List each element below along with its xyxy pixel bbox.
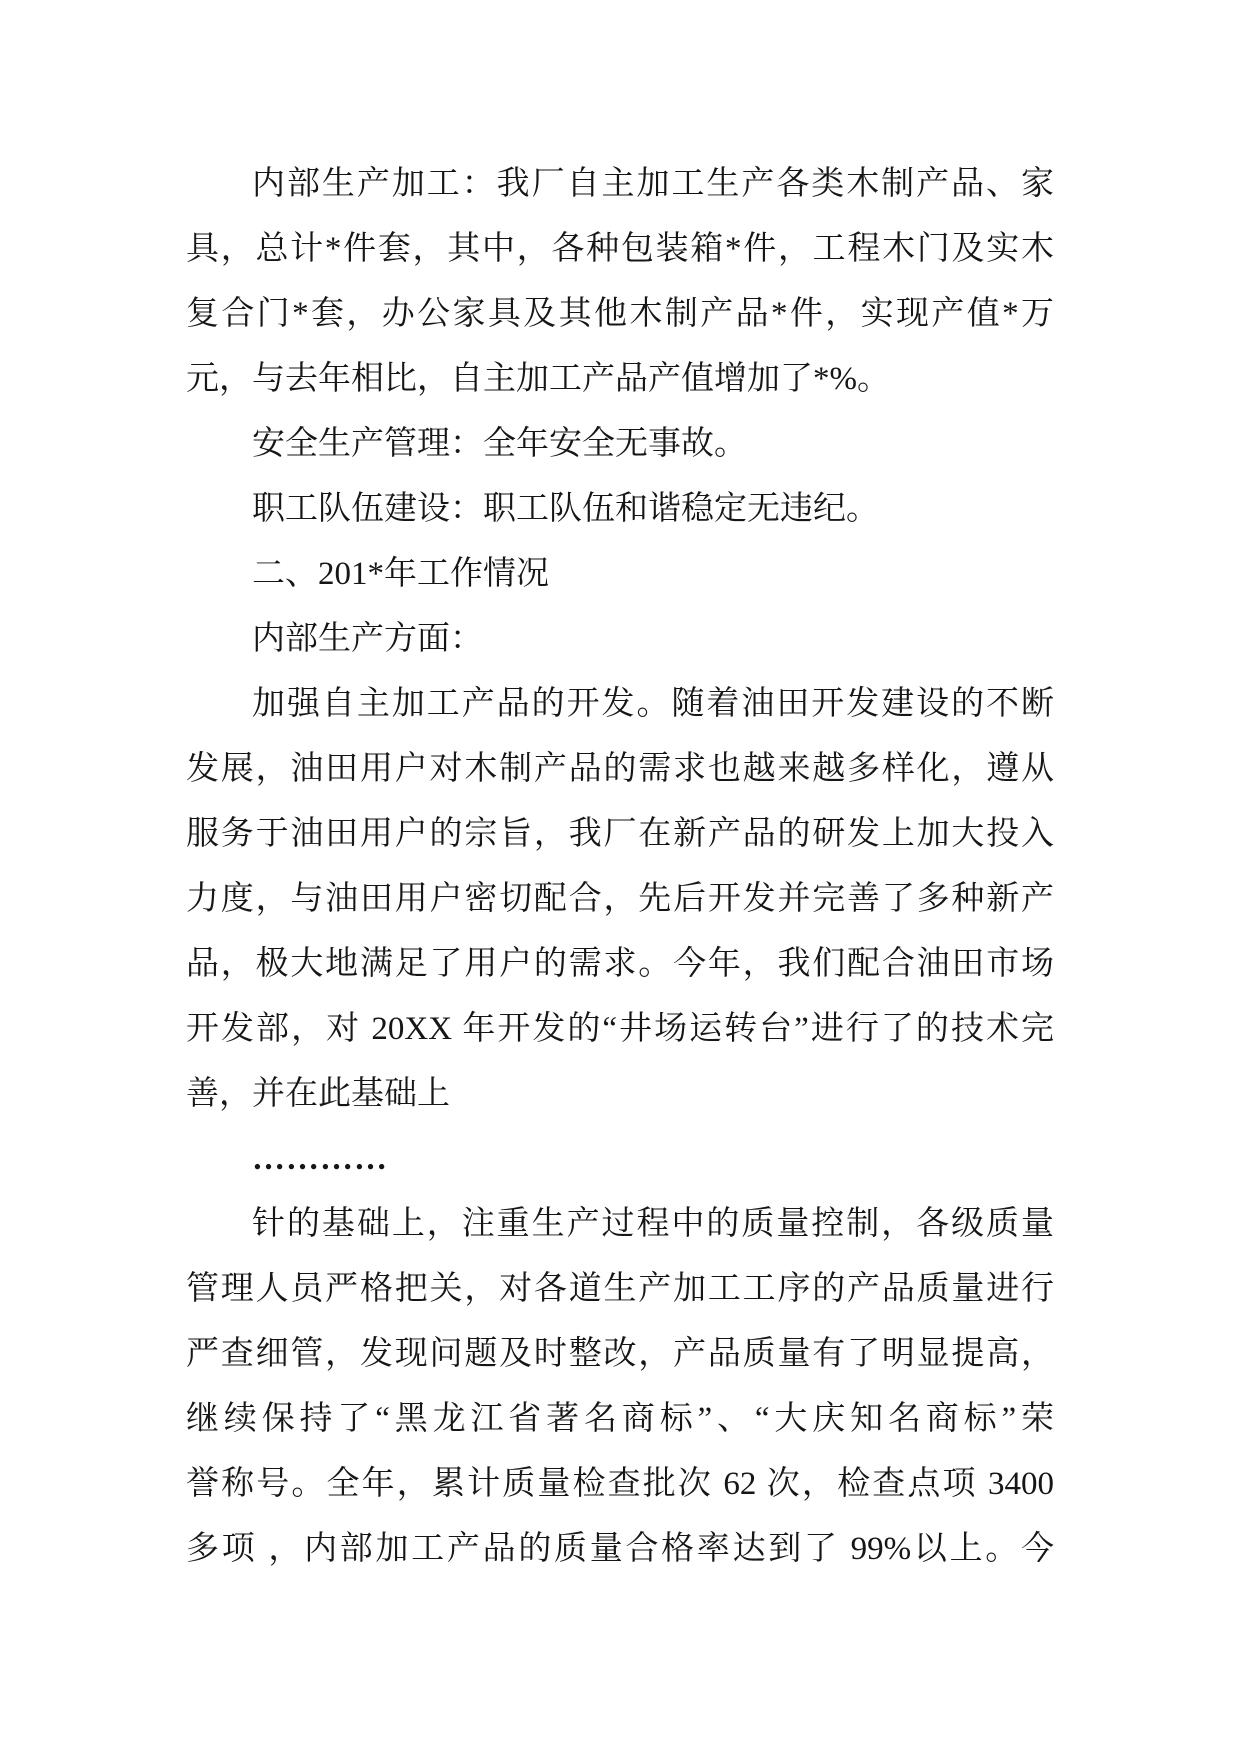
document-line: 服务于油田用户的宗旨，我厂在新产品的研发上加大投入 xyxy=(186,802,1054,867)
document-body: 内部生产加工：我厂自主加工生产各类木制产品、家 具，总计*件套，其中，各种包装箱… xyxy=(186,152,1054,1582)
paragraph-section-heading: 二、201*年工作情况 xyxy=(186,542,1054,607)
paragraph-ellipsis: ………… xyxy=(186,1127,1054,1192)
document-line: 继续保持了“黑龙江省著名商标”、“大庆知名商标”荣 xyxy=(186,1387,1054,1452)
paragraph-internal-production: 内部生产加工：我厂自主加工生产各类木制产品、家 具，总计*件套，其中，各种包装箱… xyxy=(186,152,1054,412)
paragraph-internal-production-label: 内部生产方面： xyxy=(186,607,1054,672)
document-line: 多项 ，内部加工产品的质量合格率达到了 99%以上。今 xyxy=(186,1517,1054,1582)
document-line: 加强自主加工产品的开发。随着油田开发建设的不断 xyxy=(186,672,1054,737)
paragraph-safety-management: 安全生产管理：全年安全无事故。 xyxy=(186,412,1054,477)
document-line: 品，极大地满足了用户的需求。今年，我们配合油田市场 xyxy=(186,932,1054,997)
paragraph-product-development: 加强自主加工产品的开发。随着油田开发建设的不断 发展，油田用户对木制产品的需求也… xyxy=(186,672,1054,1127)
document-line: 复合门*套，办公家具及其他木制产品*件，实现产值*万 xyxy=(186,282,1054,347)
document-line: 职工队伍建设：职工队伍和谐稳定无违纪。 xyxy=(186,477,1054,542)
document-line: 力度，与油田用户密切配合，先后开发并完善了多种新产 xyxy=(186,867,1054,932)
document-line: 誉称号。全年，累计质量检查批次 62 次，检查点项 3400 xyxy=(186,1452,1054,1517)
document-line: 针的基础上，注重生产过程中的质量控制，各级质量 xyxy=(186,1192,1054,1257)
document-line: 开发部，对 20XX 年开发的“井场运转台”进行了的技术完 xyxy=(186,997,1054,1062)
document-line: 二、201*年工作情况 xyxy=(186,542,1054,607)
document-line: 内部生产加工：我厂自主加工生产各类木制产品、家 xyxy=(186,152,1054,217)
paragraph-quality-control: 针的基础上，注重生产过程中的质量控制，各级质量 管理人员严格把关，对各道生产加工… xyxy=(186,1192,1054,1582)
document-line: 发展，油田用户对木制产品的需求也越来越多样化，遵从 xyxy=(186,737,1054,802)
document-line: 安全生产管理：全年安全无事故。 xyxy=(186,412,1054,477)
document-line: 具，总计*件套，其中，各种包装箱*件，工程木门及实木 xyxy=(186,217,1054,282)
document-page: 内部生产加工：我厂自主加工生产各类木制产品、家 具，总计*件套，其中，各种包装箱… xyxy=(0,0,1240,1753)
document-line: 管理人员严格把关，对各道生产加工工序的产品质量进行 xyxy=(186,1257,1054,1322)
document-line: 元，与去年相比，自主加工产品产值增加了*%。 xyxy=(186,347,1054,412)
document-line: 善，并在此基础上 xyxy=(186,1062,1054,1127)
paragraph-staff-team: 职工队伍建设：职工队伍和谐稳定无违纪。 xyxy=(186,477,1054,542)
document-line: 内部生产方面： xyxy=(186,607,1054,672)
document-line: 严查细管，发现问题及时整改，产品质量有了明显提高， xyxy=(186,1322,1054,1387)
ellipsis-line: ………… xyxy=(186,1127,1054,1192)
